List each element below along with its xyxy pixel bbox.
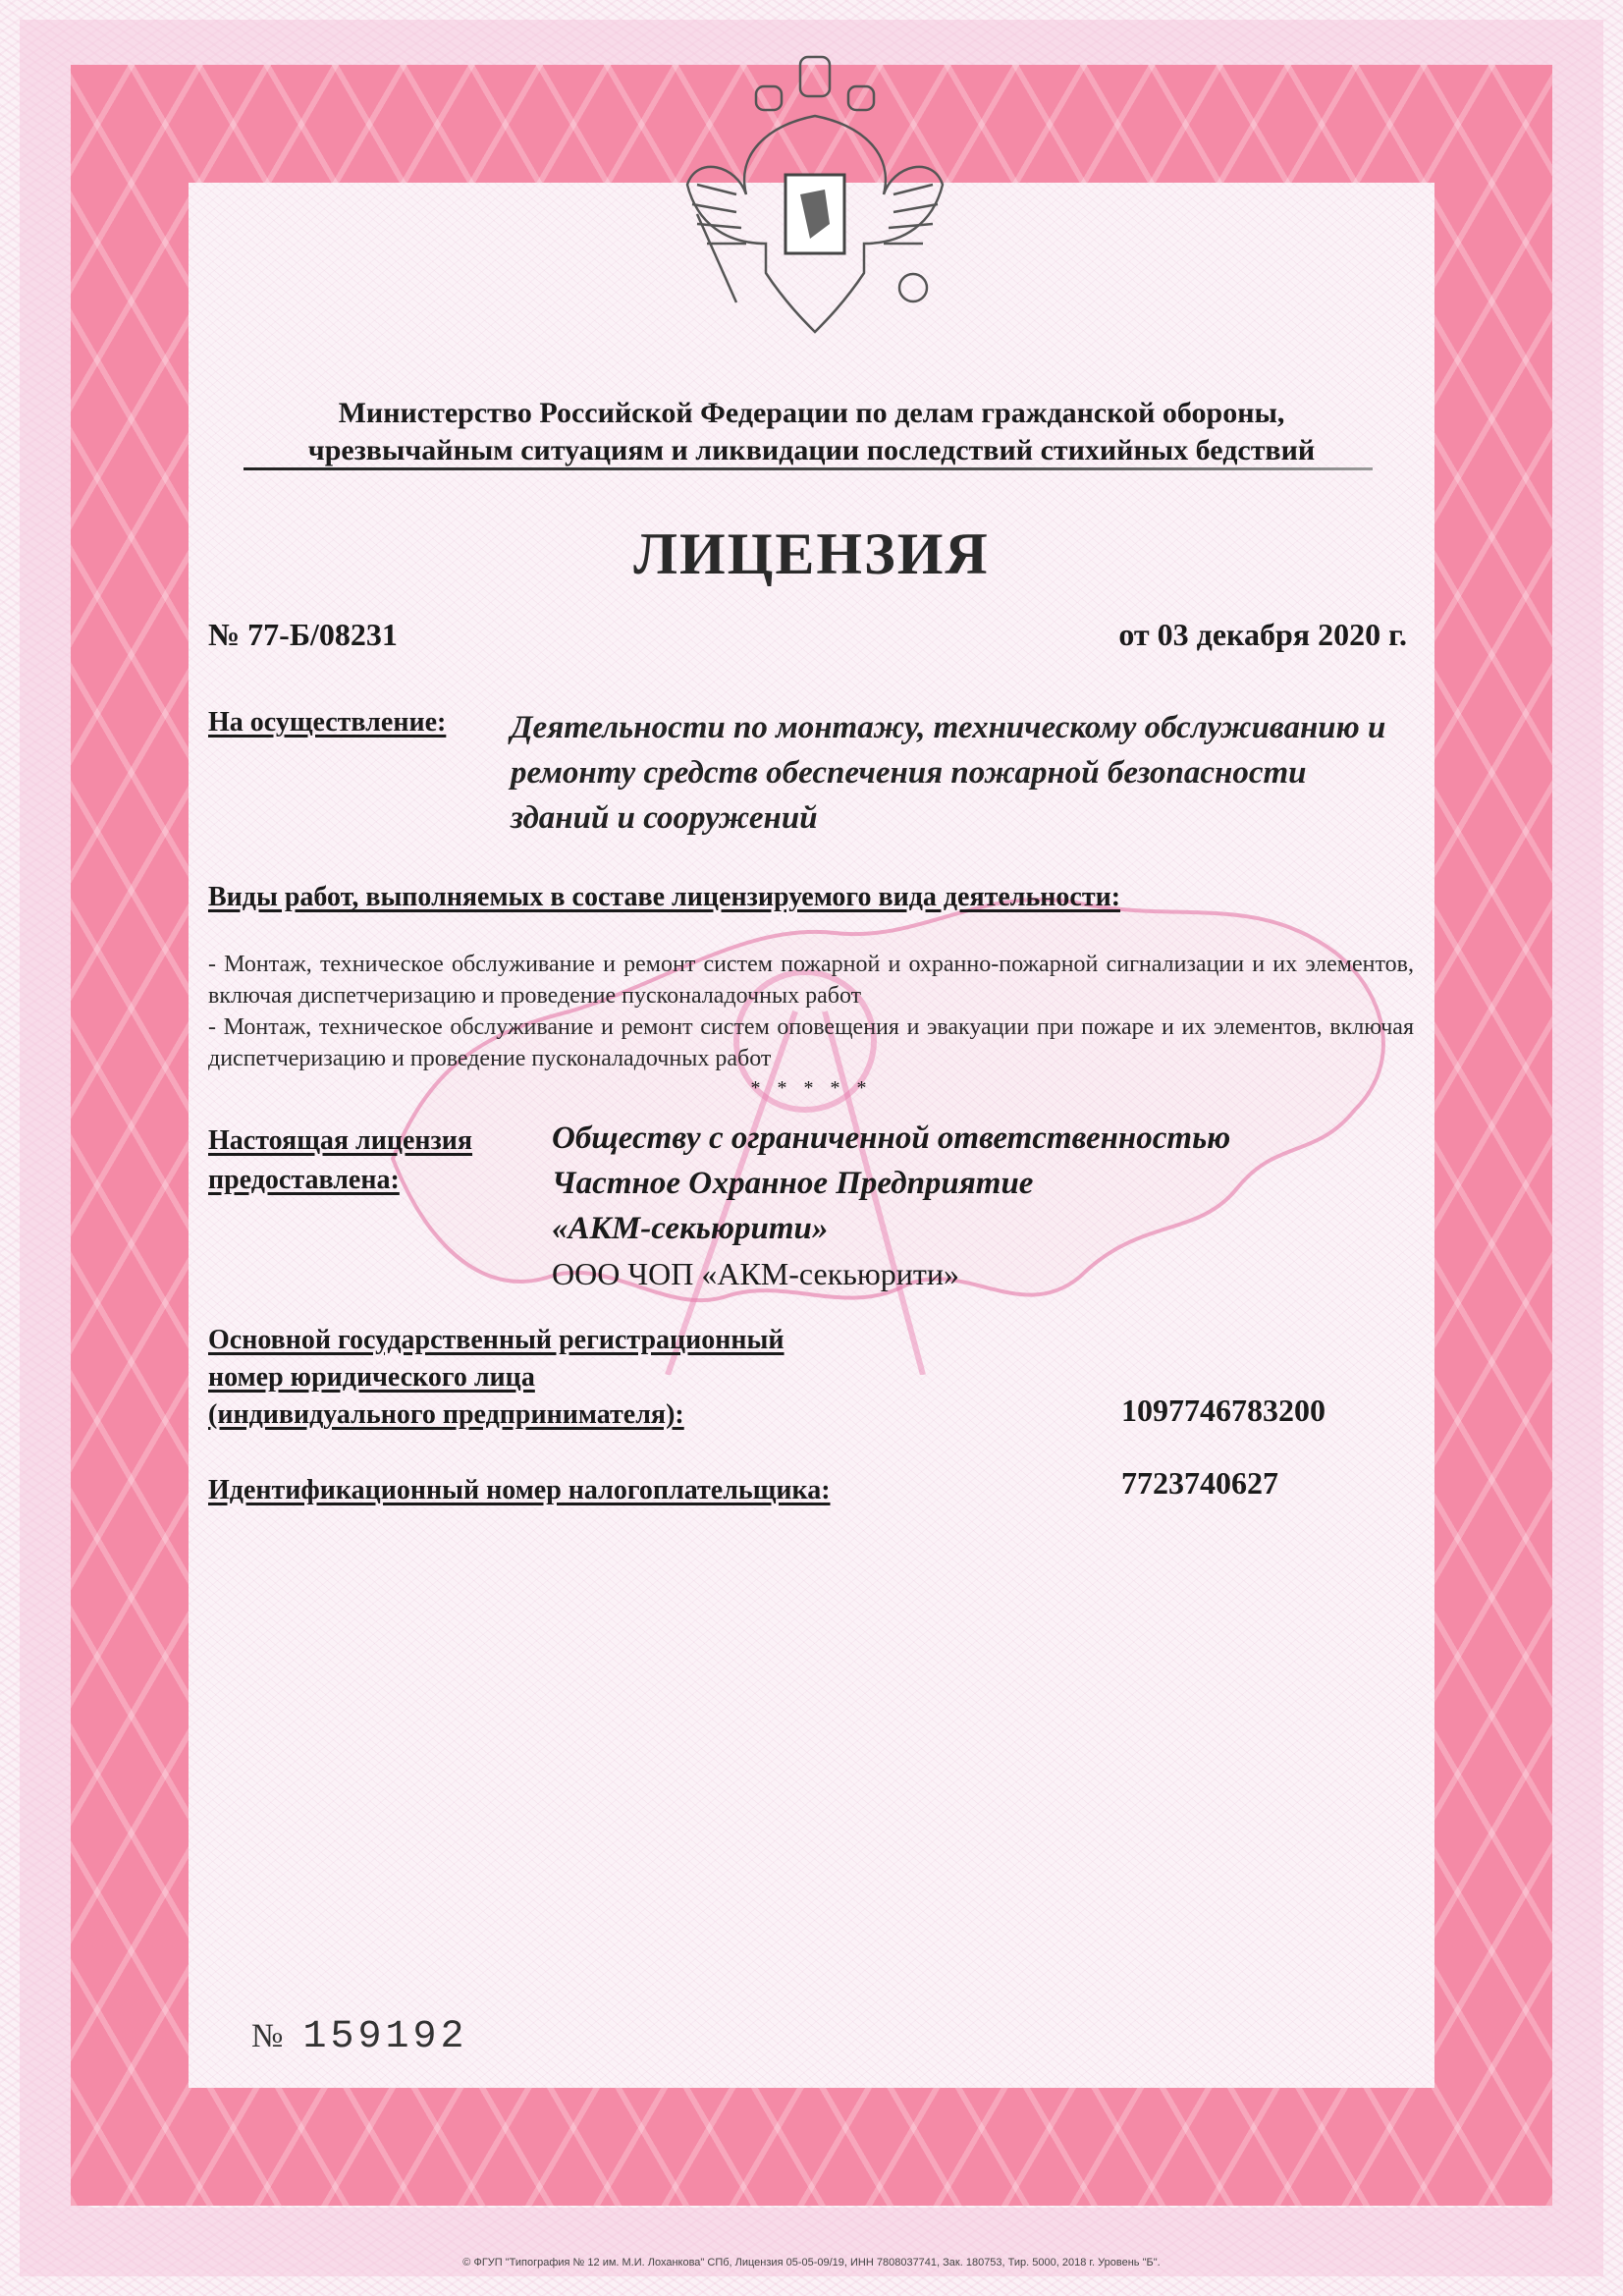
section-separator: * * * * * (0, 1077, 1623, 1100)
ministry-line-1: Министерство Российской Федерации по дел… (196, 395, 1427, 432)
inn-value: 7723740627 (1121, 1465, 1278, 1502)
ogrn-label-line-3: (индивидуального предпринимателя): (208, 1396, 784, 1434)
ministry-line-2: чрезвычайным ситуациям и ликвидации посл… (196, 432, 1427, 469)
ogrn-label-line-1: Основной государственный регистрационный (208, 1322, 784, 1359)
grantee-label-line-1: Настоящая лицензия (208, 1121, 472, 1161)
grantee-name-line-1: Обществу с ограниченной ответственностью (552, 1116, 1435, 1161)
grantee-name-line-2: Частное Охранное Предприятие (552, 1161, 1435, 1206)
license-document: Министерство Российской Федерации по дел… (0, 0, 1623, 2296)
grantee-name-line-3: «АКМ-секьюрити» (552, 1206, 1435, 1251)
works-list: - Монтаж, техническое обслуживание и рем… (208, 949, 1414, 1074)
inn-label: Идентификационный номер налогоплательщик… (208, 1475, 831, 1506)
serial-value: 159192 (302, 2015, 467, 2059)
serial-prefix: № (251, 2018, 283, 2054)
license-date: от 03 декабря 2020 г. (1118, 617, 1407, 653)
work-item: - Монтаж, техническое обслуживание и рем… (208, 1011, 1414, 1074)
grantee-name: Обществу с ограниченной ответственностью… (552, 1116, 1435, 1296)
activity-label: На осуществление: (208, 707, 446, 738)
ogrn-value: 1097746783200 (1121, 1393, 1325, 1429)
works-heading: Виды работ, выполняемых в составе лиценз… (208, 882, 1120, 913)
ogrn-label: Основной государственный регистрационный… (208, 1322, 784, 1434)
ministry-underline (243, 467, 1373, 470)
document-title: ЛИЦЕНЗИЯ (0, 520, 1623, 588)
grantee-short-name: ООО ЧОП «АКМ-секьюрити» (552, 1251, 1435, 1296)
grantee-label-line-2: предоставлена: (208, 1161, 472, 1200)
issuing-ministry: Министерство Российской Федерации по дел… (196, 395, 1427, 469)
activity-description: Деятельности по монтажу, техническому об… (511, 705, 1394, 841)
ogrn-label-line-2: номер юридического лица (208, 1359, 784, 1396)
license-number: № 77-Б/08231 (208, 617, 398, 653)
printer-imprint: © ФГУП "Типография № 12 им. М.И. Лоханко… (0, 2257, 1623, 2269)
grantee-label: Настоящая лицензия предоставлена: (208, 1121, 472, 1200)
form-serial-number: №159192 (251, 2015, 467, 2059)
work-item: - Монтаж, техническое обслуживание и рем… (208, 949, 1414, 1011)
